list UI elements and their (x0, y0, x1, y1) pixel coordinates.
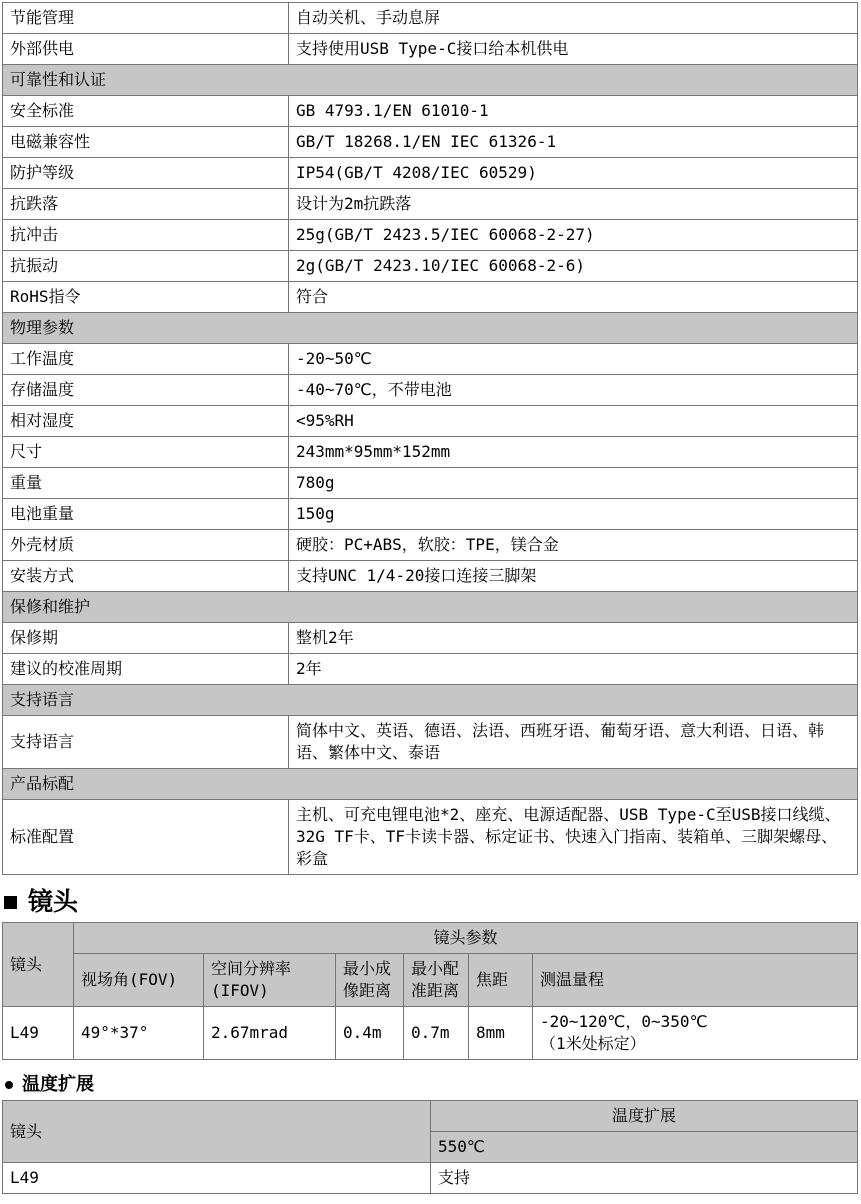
spec-page: 节能管理自动关机、手动息屏外部供电支持使用USB Type-C接口给本机供电可靠… (0, 0, 861, 1204)
spec-value: GB 4793.1/EN 61010-1 (289, 96, 858, 127)
square-bullet-icon (4, 896, 17, 909)
spec-value: 设计为2m抗跌落 (289, 189, 858, 220)
lens-measure-range-value: -20~120℃，0~350℃ （1米处标定） (533, 1007, 858, 1060)
spec-value: 简体中文、英语、德语、法语、西班牙语、葡萄牙语、意大利语、日语、韩语、繁体中文、… (289, 716, 858, 769)
spec-row: 相对湿度<95%RH (3, 406, 858, 437)
spec-row: 抗振动2g(GB/T 2423.10/IEC 60068-2-6) (3, 251, 858, 282)
spec-row: 外部供电支持使用USB Type-C接口给本机供电 (3, 34, 858, 65)
spec-row: RoHS指令符合 (3, 282, 858, 313)
spec-value: 硬胶：PC+ABS，软胶：TPE，镁合金 (289, 530, 858, 561)
spec-section-row: 物理参数 (3, 313, 858, 344)
spec-row: 安装方式支持UNC 1/4-20接口连接三脚架 (3, 561, 858, 592)
spec-value: 243mm*95mm*152mm (289, 437, 858, 468)
lens-corner-header: 镜头 (3, 923, 74, 1007)
lens-focal-length-value: 8mm (469, 1007, 533, 1060)
spec-section-row: 可靠性和认证 (3, 65, 858, 96)
spec-row: 支持语言简体中文、英语、德语、法语、西班牙语、葡萄牙语、意大利语、日语、韩语、繁… (3, 716, 858, 769)
lens-group-header: 镜头参数 (74, 923, 858, 954)
lens-heading: 镜头 (4, 888, 858, 916)
spec-value: 780g (289, 468, 858, 499)
spec-row: 存储温度-40~70℃，不带电池 (3, 375, 858, 406)
spec-value: 整机2年 (289, 623, 858, 654)
spec-label: 存储温度 (3, 375, 289, 406)
spec-label: 抗振动 (3, 251, 289, 282)
temp-extension-heading-label: 温度扩展 (22, 1074, 94, 1095)
spec-row: 防护等级IP54(GB/T 4208/IEC 60529) (3, 158, 858, 189)
spec-row: 建议的校准周期2年 (3, 654, 858, 685)
spec-label: 相对湿度 (3, 406, 289, 437)
temp-support-value: 支持 (431, 1163, 858, 1194)
spec-section-header: 产品标配 (3, 769, 858, 800)
spec-row: 重量780g (3, 468, 858, 499)
temp-extension-heading: 温度扩展 (5, 1074, 858, 1095)
spec-label: 标准配置 (3, 800, 289, 875)
temp-sub-header: 550℃ (431, 1132, 858, 1163)
spec-row: 尺寸243mm*95mm*152mm (3, 437, 858, 468)
spec-label: 安装方式 (3, 561, 289, 592)
lens-data-row: L49 49°*37° 2.67mrad 0.4m 0.7m 8mm -20~1… (3, 1007, 858, 1060)
spec-row: 工作温度-20~50℃ (3, 344, 858, 375)
spec-section-row: 产品标配 (3, 769, 858, 800)
spec-label: 重量 (3, 468, 289, 499)
lens-min-imaging-value: 0.4m (336, 1007, 404, 1060)
spec-row: 抗跌落设计为2m抗跌落 (3, 189, 858, 220)
spec-value: 2g(GB/T 2423.10/IEC 60068-2-6) (289, 251, 858, 282)
spec-value: 主机、可充电锂电池*2、座充、电源适配器、USB Type-C至USB接口线缆、… (289, 800, 858, 875)
spec-value: 自动关机、手动息屏 (289, 3, 858, 34)
spec-row: 标准配置主机、可充电锂电池*2、座充、电源适配器、USB Type-C至USB接… (3, 800, 858, 875)
spec-label: 工作温度 (3, 344, 289, 375)
spec-label: 保修期 (3, 623, 289, 654)
spec-label: 安全标准 (3, 96, 289, 127)
spec-section-header: 保修和维护 (3, 592, 858, 623)
spec-label: 抗跌落 (3, 189, 289, 220)
spec-value: 150g (289, 499, 858, 530)
temp-header-row-group: 镜头 温度扩展 (3, 1101, 858, 1132)
spec-label: 外壳材质 (3, 530, 289, 561)
spec-value: <95%RH (289, 406, 858, 437)
spec-row: 安全标准GB 4793.1/EN 61010-1 (3, 96, 858, 127)
spec-table: 节能管理自动关机、手动息屏外部供电支持使用USB Type-C接口给本机供电可靠… (2, 2, 858, 875)
spec-value: 支持UNC 1/4-20接口连接三脚架 (289, 561, 858, 592)
lens-col-ifov: 空间分辨率(IFOV) (204, 954, 336, 1007)
lens-heading-label: 镜头 (28, 888, 78, 916)
spec-label: 电磁兼容性 (3, 127, 289, 158)
circle-bullet-icon (5, 1081, 13, 1089)
lens-header-row-group: 镜头 镜头参数 (3, 923, 858, 954)
lens-col-fov: 视场角(FOV) (74, 954, 204, 1007)
spec-section-header: 支持语言 (3, 685, 858, 716)
spec-section-header: 物理参数 (3, 313, 858, 344)
spec-row: 外壳材质硬胶：PC+ABS，软胶：TPE，镁合金 (3, 530, 858, 561)
spec-section-row: 支持语言 (3, 685, 858, 716)
lens-ifov-value: 2.67mrad (204, 1007, 336, 1060)
spec-label: RoHS指令 (3, 282, 289, 313)
lens-model: L49 (3, 1007, 74, 1060)
lens-table: 镜头 镜头参数 视场角(FOV) 空间分辨率(IFOV) 最小成像距离 最小配准… (2, 922, 858, 1060)
spec-row: 电池重量150g (3, 499, 858, 530)
spec-row: 电磁兼容性GB/T 18268.1/EN IEC 61326-1 (3, 127, 858, 158)
spec-label: 支持语言 (3, 716, 289, 769)
spec-label: 外部供电 (3, 34, 289, 65)
spec-label: 电池重量 (3, 499, 289, 530)
lens-header-row-columns: 视场角(FOV) 空间分辨率(IFOV) 最小成像距离 最小配准距离 焦距 测温… (3, 954, 858, 1007)
spec-value: 2年 (289, 654, 858, 685)
temp-lens-model: L49 (3, 1163, 431, 1194)
spec-value: -40~70℃，不带电池 (289, 375, 858, 406)
lens-col-min-registration-distance: 最小配准距离 (404, 954, 469, 1007)
spec-value: 25g(GB/T 2423.5/IEC 60068-2-27) (289, 220, 858, 251)
spec-row: 抗冲击25g(GB/T 2423.5/IEC 60068-2-27) (3, 220, 858, 251)
spec-section-row: 保修和维护 (3, 592, 858, 623)
spec-label: 尺寸 (3, 437, 289, 468)
spec-value: IP54(GB/T 4208/IEC 60529) (289, 158, 858, 189)
lens-col-focal-length: 焦距 (469, 954, 533, 1007)
spec-label: 防护等级 (3, 158, 289, 189)
spec-label: 建议的校准周期 (3, 654, 289, 685)
spec-value: 支持使用USB Type-C接口给本机供电 (289, 34, 858, 65)
lens-col-measure-range: 测温量程 (533, 954, 858, 1007)
spec-label: 抗冲击 (3, 220, 289, 251)
spec-value: 符合 (289, 282, 858, 313)
spec-value: -20~50℃ (289, 344, 858, 375)
spec-row: 保修期整机2年 (3, 623, 858, 654)
spec-value: GB/T 18268.1/EN IEC 61326-1 (289, 127, 858, 158)
lens-fov-value: 49°*37° (74, 1007, 204, 1060)
spec-label: 节能管理 (3, 3, 289, 34)
spec-section-header: 可靠性和认证 (3, 65, 858, 96)
temp-corner-header: 镜头 (3, 1101, 431, 1163)
temp-data-row: L49 支持 (3, 1163, 858, 1194)
lens-col-min-imaging-distance: 最小成像距离 (336, 954, 404, 1007)
temp-extension-table: 镜头 温度扩展 550℃ L49 支持 (2, 1100, 858, 1194)
spec-row: 节能管理自动关机、手动息屏 (3, 3, 858, 34)
temp-group-header: 温度扩展 (431, 1101, 858, 1132)
lens-min-registration-value: 0.7m (404, 1007, 469, 1060)
